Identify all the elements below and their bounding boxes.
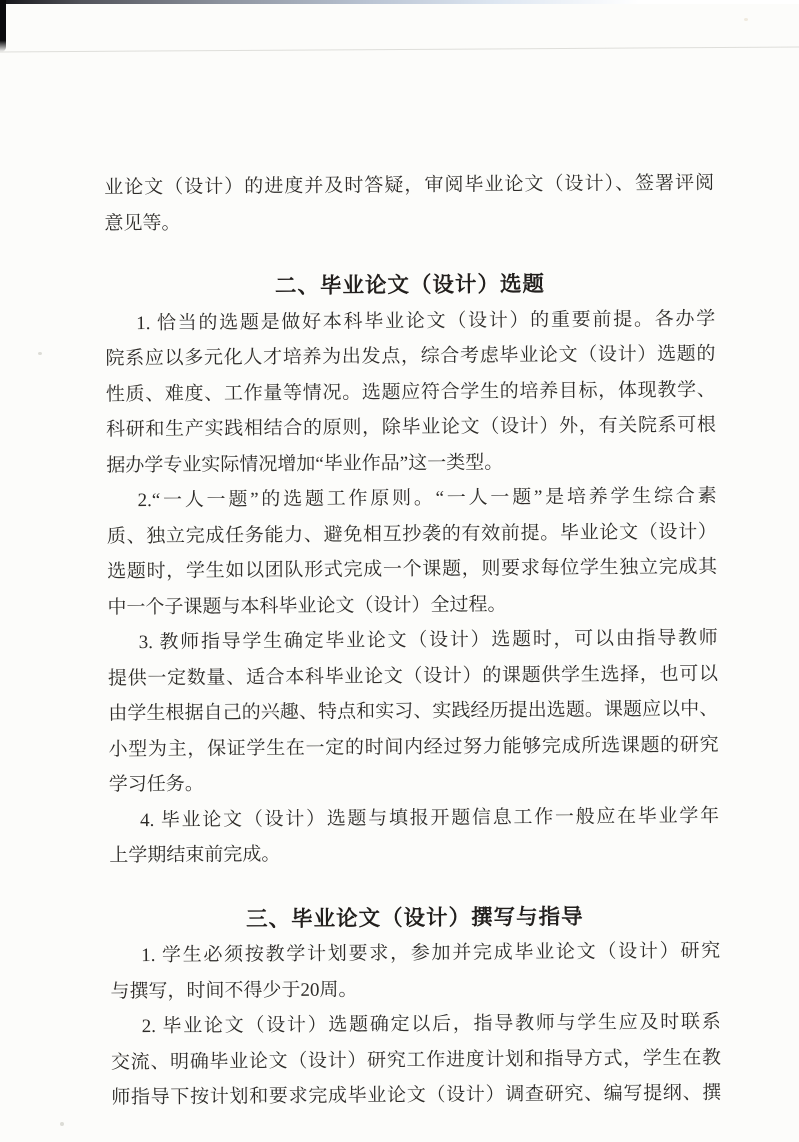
text-line: 1. 恰当的选题是做好本科毕业论文（设计）的重要前提。各办学 [105,301,715,341]
text-line: 提供一定数量、适合本科毕业论文（设计）的课题供学生选择，也可以 [108,656,718,696]
text-line: 由学生根据自己的兴趣、特点和实习、实践经历提出选题。课题应以中、 [108,692,718,732]
text-line: 1. 学生必须按教学计划要求，参加并完成毕业论文（设计）研究 [110,934,720,974]
section-heading: 二、毕业论文（设计）选题 [105,266,715,306]
text-line: 据办学专业实际情况增加“毕业作品”这一类型。 [106,443,716,483]
scan-speck [38,352,42,355]
text-line: 业论文（设计）的进度并及时答疑，审阅毕业论文（设计）、签署评阅 [104,166,714,206]
scan-edge-left [0,0,6,52]
scan-edge-top [0,0,799,4]
text-line: 科研和生产实践相结合的原则，除毕业论文（设计）外，有关院系可根 [106,408,716,448]
document-text: 业论文（设计）的进度并及时答疑，审阅毕业论文（设计）、签署评阅 意见等。 二、毕… [104,166,721,1116]
text-line: 学习任务。 [109,763,719,803]
text-line: 师指导下按计划和要求完成毕业论文（设计）调查研究、编写提纲、撰 [111,1076,721,1116]
text-line: 小型为主，保证学生在一定的时间内经过努力能够完成所选课题的研究 [108,727,718,767]
text-line: 选题时，学生如以团队形式完成一个课题，则要求每位学生独立完成其 [107,550,717,590]
text-line: 上学期结束前完成。 [109,834,719,874]
text-line: 与撰写，时间不得少于20周。 [110,969,720,1009]
text-line: 4. 毕业论文（设计）选题与填报开题信息工作一般应在毕业学年 [109,798,719,838]
page-crease-line [0,47,799,53]
text-line: 2.“一人一题”的选题工作原则。“一人一题”是培养学生综合素 [106,479,716,519]
scan-speck [744,18,748,21]
text-line: 中一个子课题与本科毕业论文（设计）全过程。 [107,585,717,625]
text-line: 2. 毕业论文（设计）选题确定以后，指导教师与学生应及时联系 [111,1005,721,1045]
scan-speck [60,1122,64,1126]
text-line: 院系应以多元化人才培养为出发点，综合考虑毕业论文（设计）选题的 [105,337,715,377]
text-line: 性质、难度、工作量等情况。选题应符合学生的培养目标，体现教学、 [106,372,716,412]
scanned-page: 业论文（设计）的进度并及时答疑，审阅毕业论文（设计）、签署评阅 意见等。 二、毕… [0,0,799,1142]
text-line: 质、独立完成任务能力、避免相互抄袭的有效前提。毕业论文（设计） [107,514,717,554]
text-line: 意见等。 [104,201,714,241]
text-line: 交流、明确毕业论文（设计）研究工作进度计划和指导方式，学生在教 [111,1040,721,1080]
section-heading: 三、毕业论文（设计）撰写与指导 [110,898,720,938]
text-line: 3. 教师指导学生确定毕业论文（设计）选题时，可以由指导教师 [108,621,718,661]
